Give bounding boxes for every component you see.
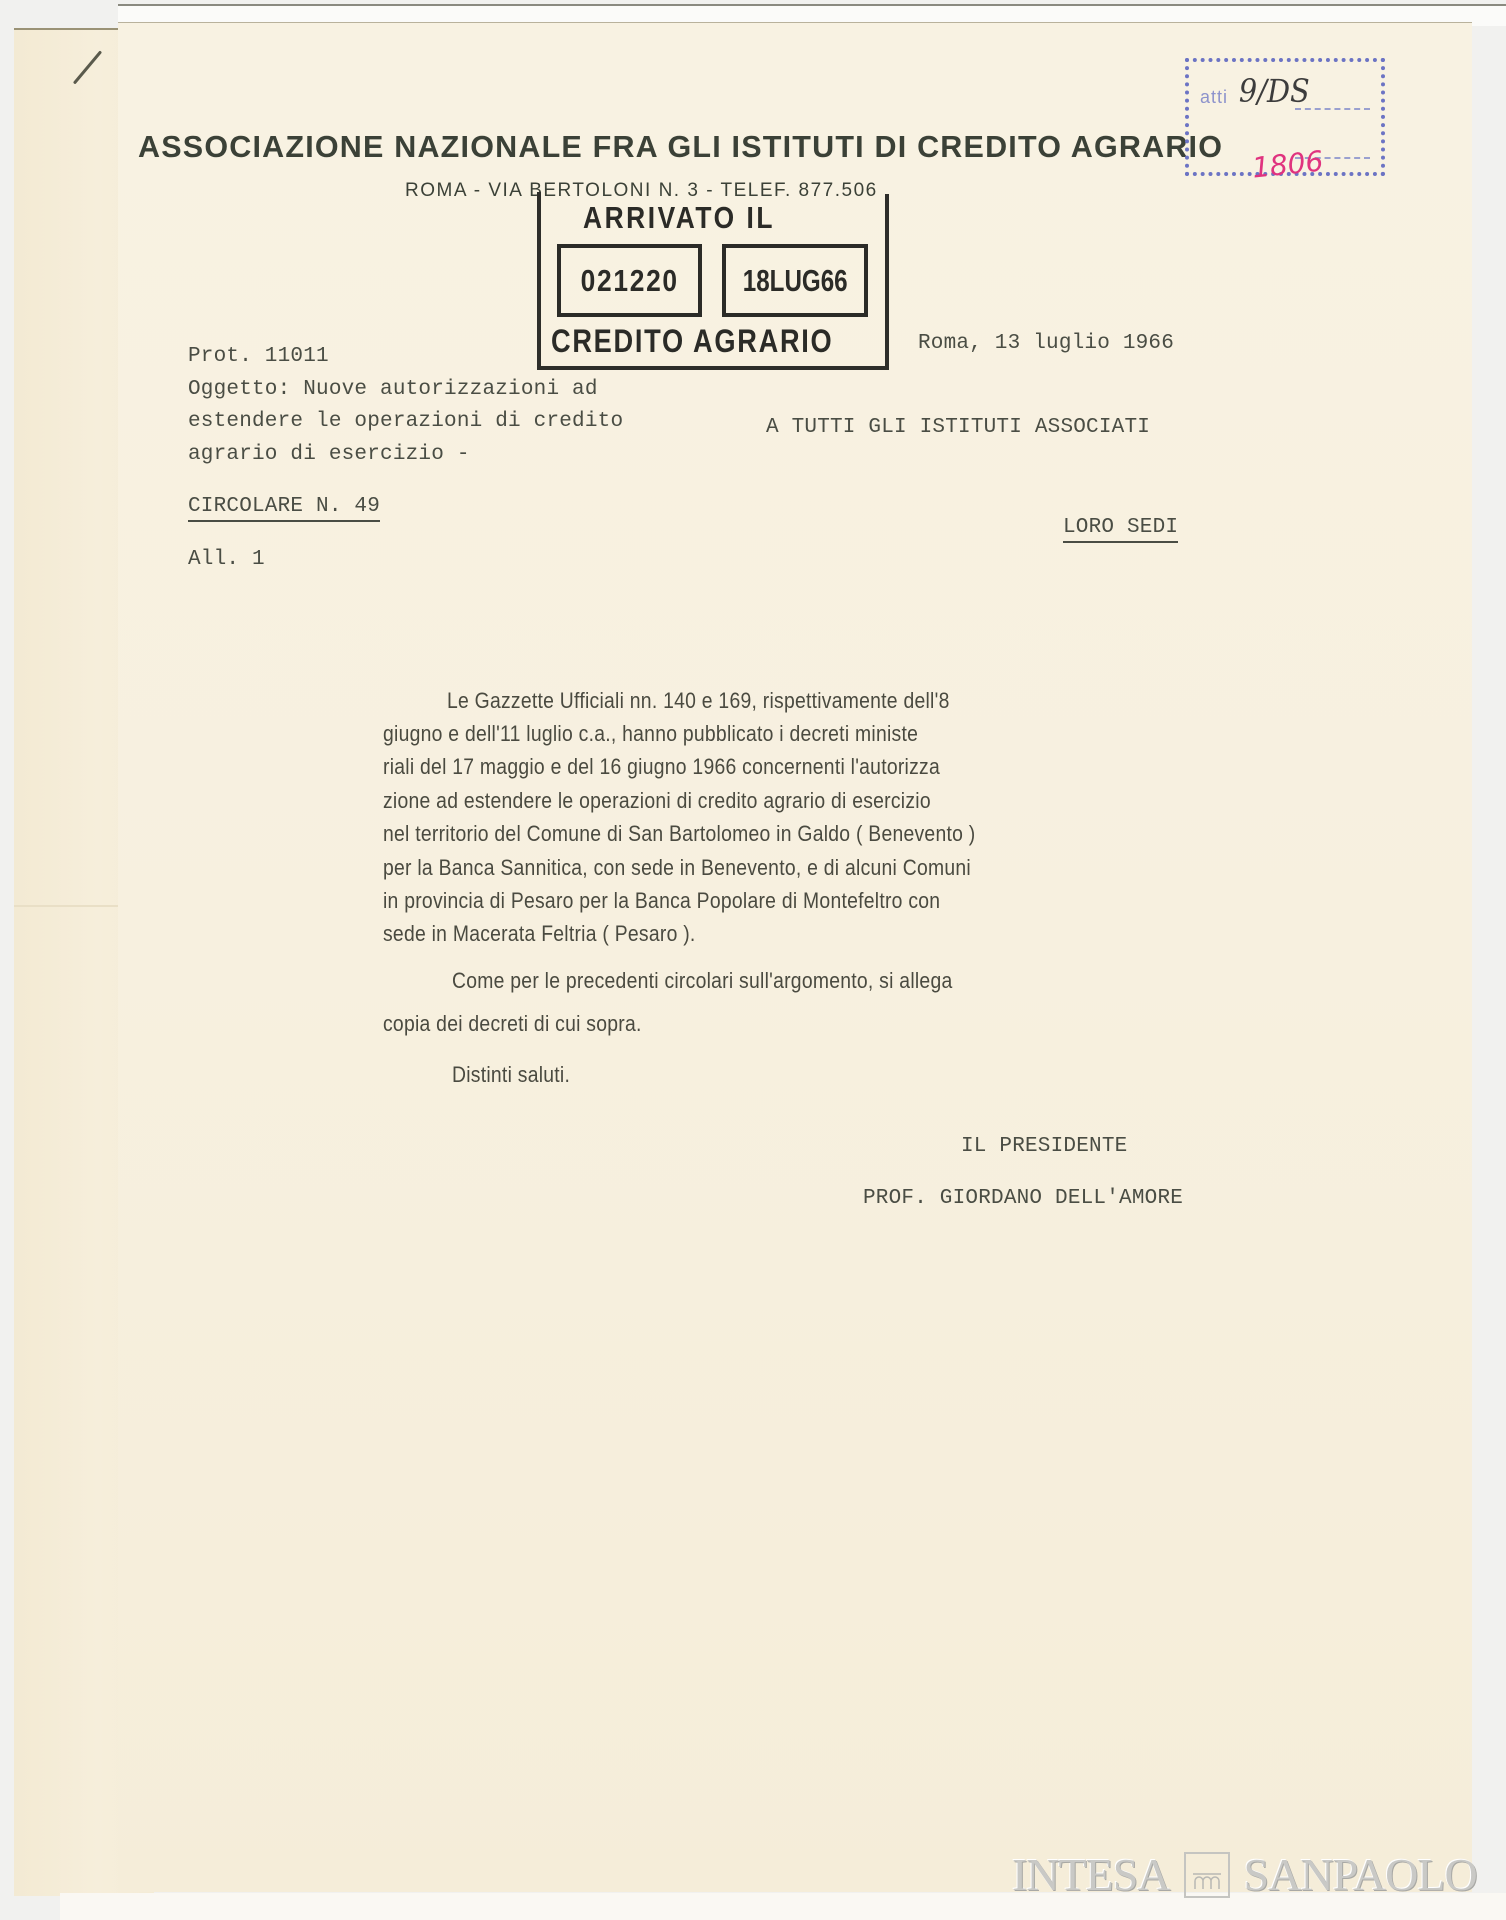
received-stamp-number-box: 021220 (557, 244, 702, 317)
subject-line: estendere le operazioni di credito (188, 410, 623, 433)
archive-stamp-label: atti (1200, 87, 1228, 108)
received-stamp-header: ARRIVATO IL (583, 200, 775, 236)
signatory-name: PROF. GIORDANO DELL'AMORE (863, 1187, 1183, 1210)
handwritten-reference: 9/DS (1239, 72, 1310, 110)
logo-text-right: SANPAOLO (1244, 1848, 1477, 1901)
recipient: A TUTTI GLI ISTITUTI ASSOCIATI (766, 416, 1150, 439)
body-line: riali del 17 maggio e del 16 giugno 1966… (383, 754, 940, 780)
fold-line (14, 905, 118, 907)
body-line: giugno e dell'11 luglio c.a., hanno pubb… (383, 721, 918, 747)
body-line: sede in Macerata Feltria ( Pesaro ). (383, 921, 696, 947)
logo-text-left: INTESA (1012, 1848, 1170, 1901)
received-stamp-footer: CREDITO AGRARIO (551, 323, 833, 360)
subject-line: agrario di esercizio - (188, 443, 470, 466)
bridge-arches-icon (1184, 1852, 1230, 1898)
circular-number: CIRCOLARE N. 49 (188, 495, 380, 522)
intesa-sanpaolo-logo: INTESA SANPAOLO (1012, 1848, 1477, 1901)
closing-salutation: Distinti saluti. (452, 1062, 570, 1088)
body-line: nel territorio del Comune di San Bartolo… (383, 821, 975, 847)
body-line: Le Gazzette Ufficiali nn. 140 e 169, ris… (447, 688, 950, 714)
attachments-count: All. 1 (188, 548, 265, 571)
protocol-number: Prot. 11011 (188, 345, 329, 368)
subject-line: Oggetto: Nuove autorizzazioni ad (188, 378, 598, 401)
body-line: Come per le precedenti circolari sull'ar… (452, 968, 952, 994)
received-stamp-date-box: 18LUG66 (722, 244, 868, 317)
body-line: in provincia di Pesaro per la Banca Popo… (383, 888, 940, 914)
received-stamp-date: 18LUG66 (743, 263, 848, 299)
body-line: per la Banca Sannitica, con sede in Bene… (383, 855, 971, 881)
received-stamp-edge (537, 192, 541, 206)
signatory-title: IL PRESIDENTE (961, 1135, 1127, 1158)
body-line: copia dei decreti di cui sopra. (383, 1011, 642, 1037)
received-stamp-number: 021220 (580, 263, 678, 299)
letterhead-organization: ASSOCIAZIONE NAZIONALE FRA GLI ISTITUTI … (138, 130, 1223, 165)
body-line: zione ad estendere le operazioni di cred… (383, 788, 931, 814)
recipient-location: LORO SEDI (1063, 516, 1178, 543)
place-date: Roma, 13 luglio 1966 (918, 332, 1174, 355)
